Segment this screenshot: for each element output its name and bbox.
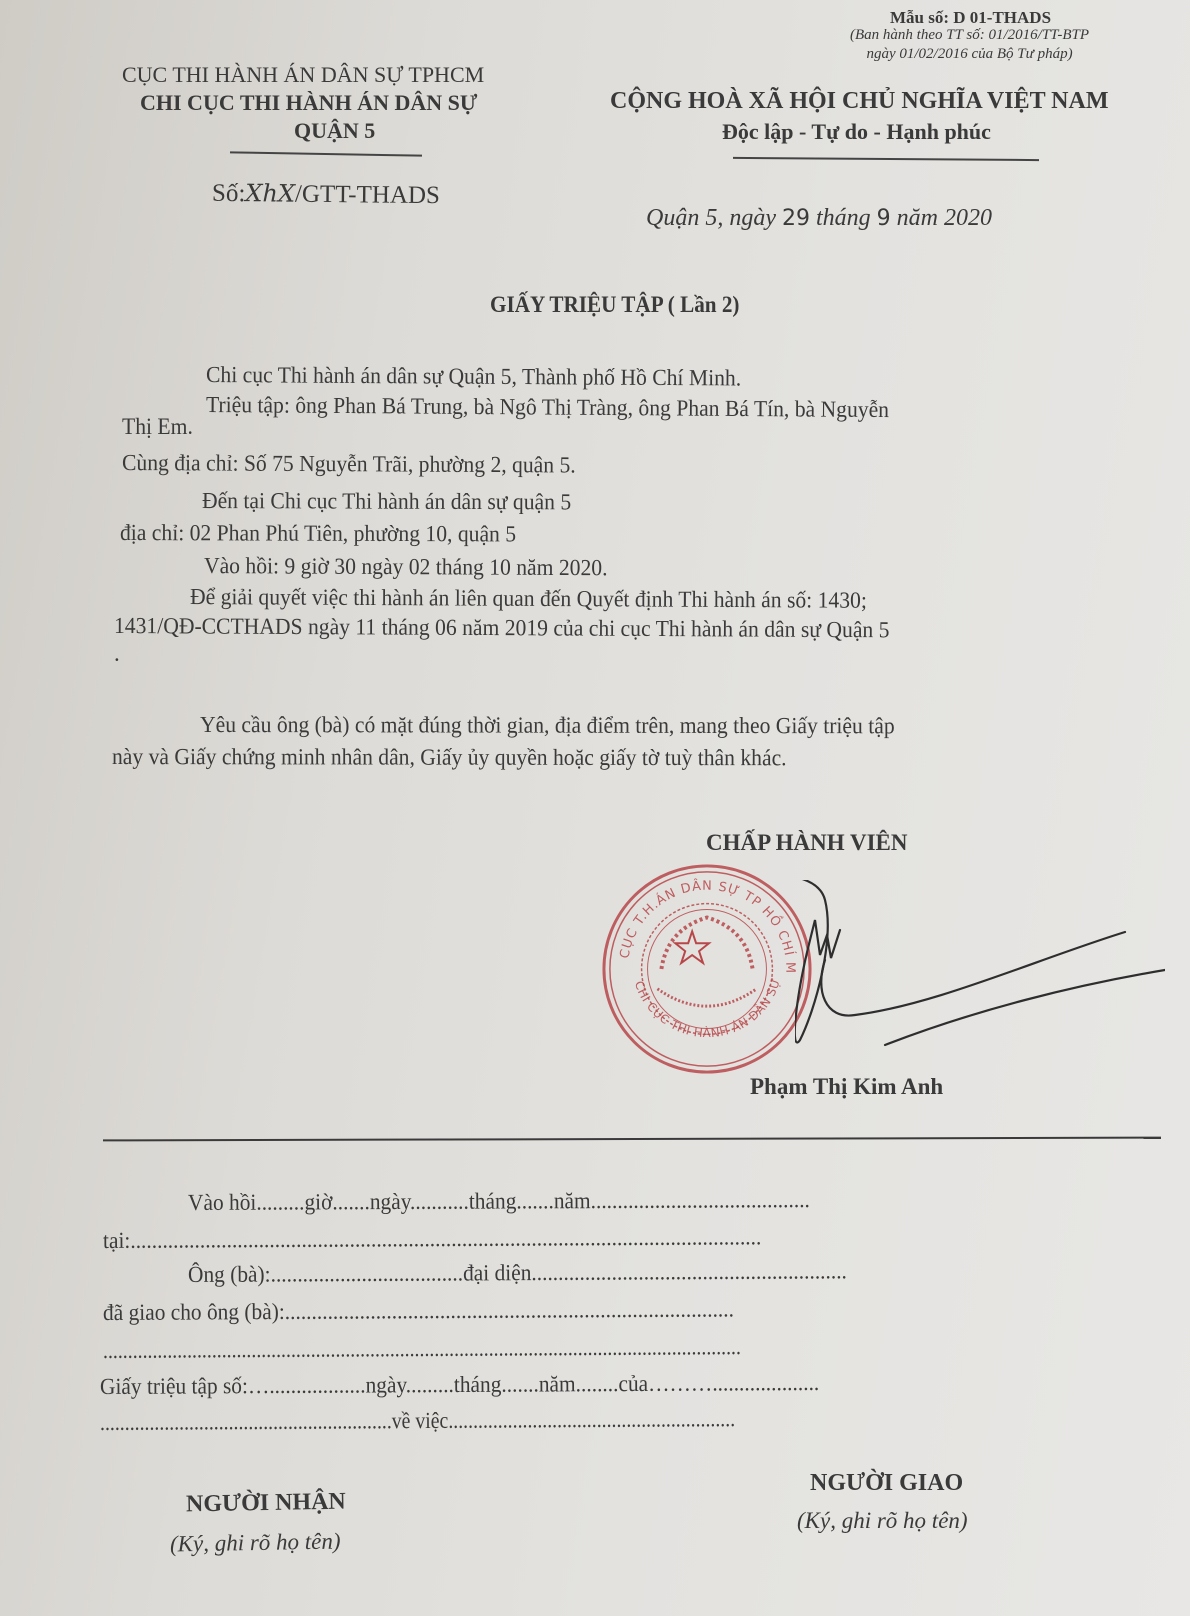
svg-text:CỤC T.H.ÁN DÂN SỰ TP HỒ CHÍ MI: CỤC T.H.ÁN DÂN SỰ TP HỒ CHÍ MINH [598, 860, 797, 974]
body-line-6: địa chỉ: 02 Phan Phú Tiên, phường 10, qu… [120, 520, 516, 547]
doc-number-prefix: Số: [212, 180, 246, 207]
stamp-outer-text: CỤC T.H.ÁN DÂN SỰ TP HỒ CHÍ MINH [598, 860, 797, 974]
date-month: 9 [877, 206, 891, 231]
receipt-row-time: Vào hồi.........giờ.......ngày..........… [188, 1187, 810, 1216]
signer-name: Phạm Thị Kim Anh [750, 1074, 943, 1100]
giver-note: (Ký, ghi rõ họ tên) [797, 1508, 968, 1534]
body-line-9: 1431/QĐ-CCTHADS ngày 11 tháng 06 năm 201… [114, 613, 890, 643]
handwritten-signature-icon [795, 880, 1165, 1050]
date-line: Quận 5, ngày 29 tháng 9 năm 2020 [646, 205, 992, 232]
receipt-separator [103, 1137, 1161, 1142]
official-seal-icon: CỤC T.H.ÁN DÂN SỰ TP HỒ CHÍ MINH CHI CỤC… [598, 860, 816, 1078]
receipt-row-person: Ông (bà):...............................… [188, 1258, 847, 1288]
receipt-row-delivered-to: đã giao cho ông (bà):...................… [103, 1296, 734, 1326]
body-line-11: Yêu cầu ông (bà) có mặt đúng thời gian, … [200, 712, 895, 739]
form-number: Mẫu số: D 01-THADS [890, 8, 1051, 28]
agency-name: CHI CỤC THI HÀNH ÁN DÂN SỰ [140, 90, 477, 116]
receiver-note: (Ký, ghi rõ họ tên) [170, 1529, 341, 1558]
form-issued-by: (Ban hành theo TT số: 01/2016/TT-BTP ngà… [850, 26, 1089, 64]
body-line-5: Đến tại Chi cục Thi hành án dân sự quận … [202, 488, 571, 515]
document-number: Số:XhX/GTT-THADS [212, 179, 440, 210]
receipt-row-place: tại:....................................… [103, 1224, 761, 1254]
form-issued-line2: ngày 01/02/2016 của Bộ Tư pháp) [850, 45, 1089, 64]
body-line-2: Triệu tập: ông Phan Bá Trung, bà Ngô Thị… [206, 392, 889, 423]
agency-parent: CỤC THI HÀNH ÁN DÂN SỰ TPHCM [122, 62, 484, 88]
body-line-4: Cùng địa chỉ: Số 75 Nguyễn Trãi, phường … [122, 450, 576, 479]
agency-district: QUẬN 5 [294, 118, 375, 144]
doc-number-handwritten: XhX [245, 179, 295, 208]
body-line-10: . [114, 641, 120, 667]
date-place: Quận 5, ngày [646, 205, 782, 231]
form-issued-line1: (Ban hành theo TT số: 01/2016/TT-BTP [850, 26, 1089, 45]
date-day: 29 [782, 206, 810, 231]
doc-number-suffix: /GTT-THADS [295, 181, 440, 210]
body-line-1: Chi cục Thi hành án dân sự Quận 5, Thành… [206, 362, 741, 391]
signer-title: CHẤP HÀNH VIÊN [706, 830, 908, 856]
agency-underline [230, 151, 422, 156]
country-name: CỘNG HOÀ XÃ HỘI CHỦ NGHĨA VIỆT NAM [610, 88, 1109, 115]
receipt-row-regarding: ........................................… [100, 1406, 735, 1436]
body-line-8: Để giải quyết việc thi hành án liên quan… [190, 584, 867, 614]
receiver-title: NGƯỜI NHẬN [186, 1489, 346, 1519]
document-title: GIẤY TRIỆU TẬP ( Lần 2) [490, 292, 739, 318]
receipt-row-summons-number: Giấy triệu tập số:…..................ngà… [100, 1370, 819, 1400]
body-line-7: Vào hồi: 9 giờ 30 ngày 02 tháng 10 năm 2… [204, 553, 608, 581]
motto-underline [733, 157, 1039, 161]
giver-title: NGƯỜI GIAO [810, 1470, 963, 1497]
receipt-row-blank: ........................................… [103, 1334, 741, 1364]
date-year: năm 2020 [891, 205, 992, 231]
date-month-label: tháng [810, 205, 877, 231]
body-line-3: Thị Em. [122, 414, 193, 440]
national-motto: Độc lập - Tự do - Hạnh phúc [722, 119, 991, 145]
body-line-12: này và Giấy chứng minh nhân dân, Giấy ủy… [112, 744, 787, 771]
